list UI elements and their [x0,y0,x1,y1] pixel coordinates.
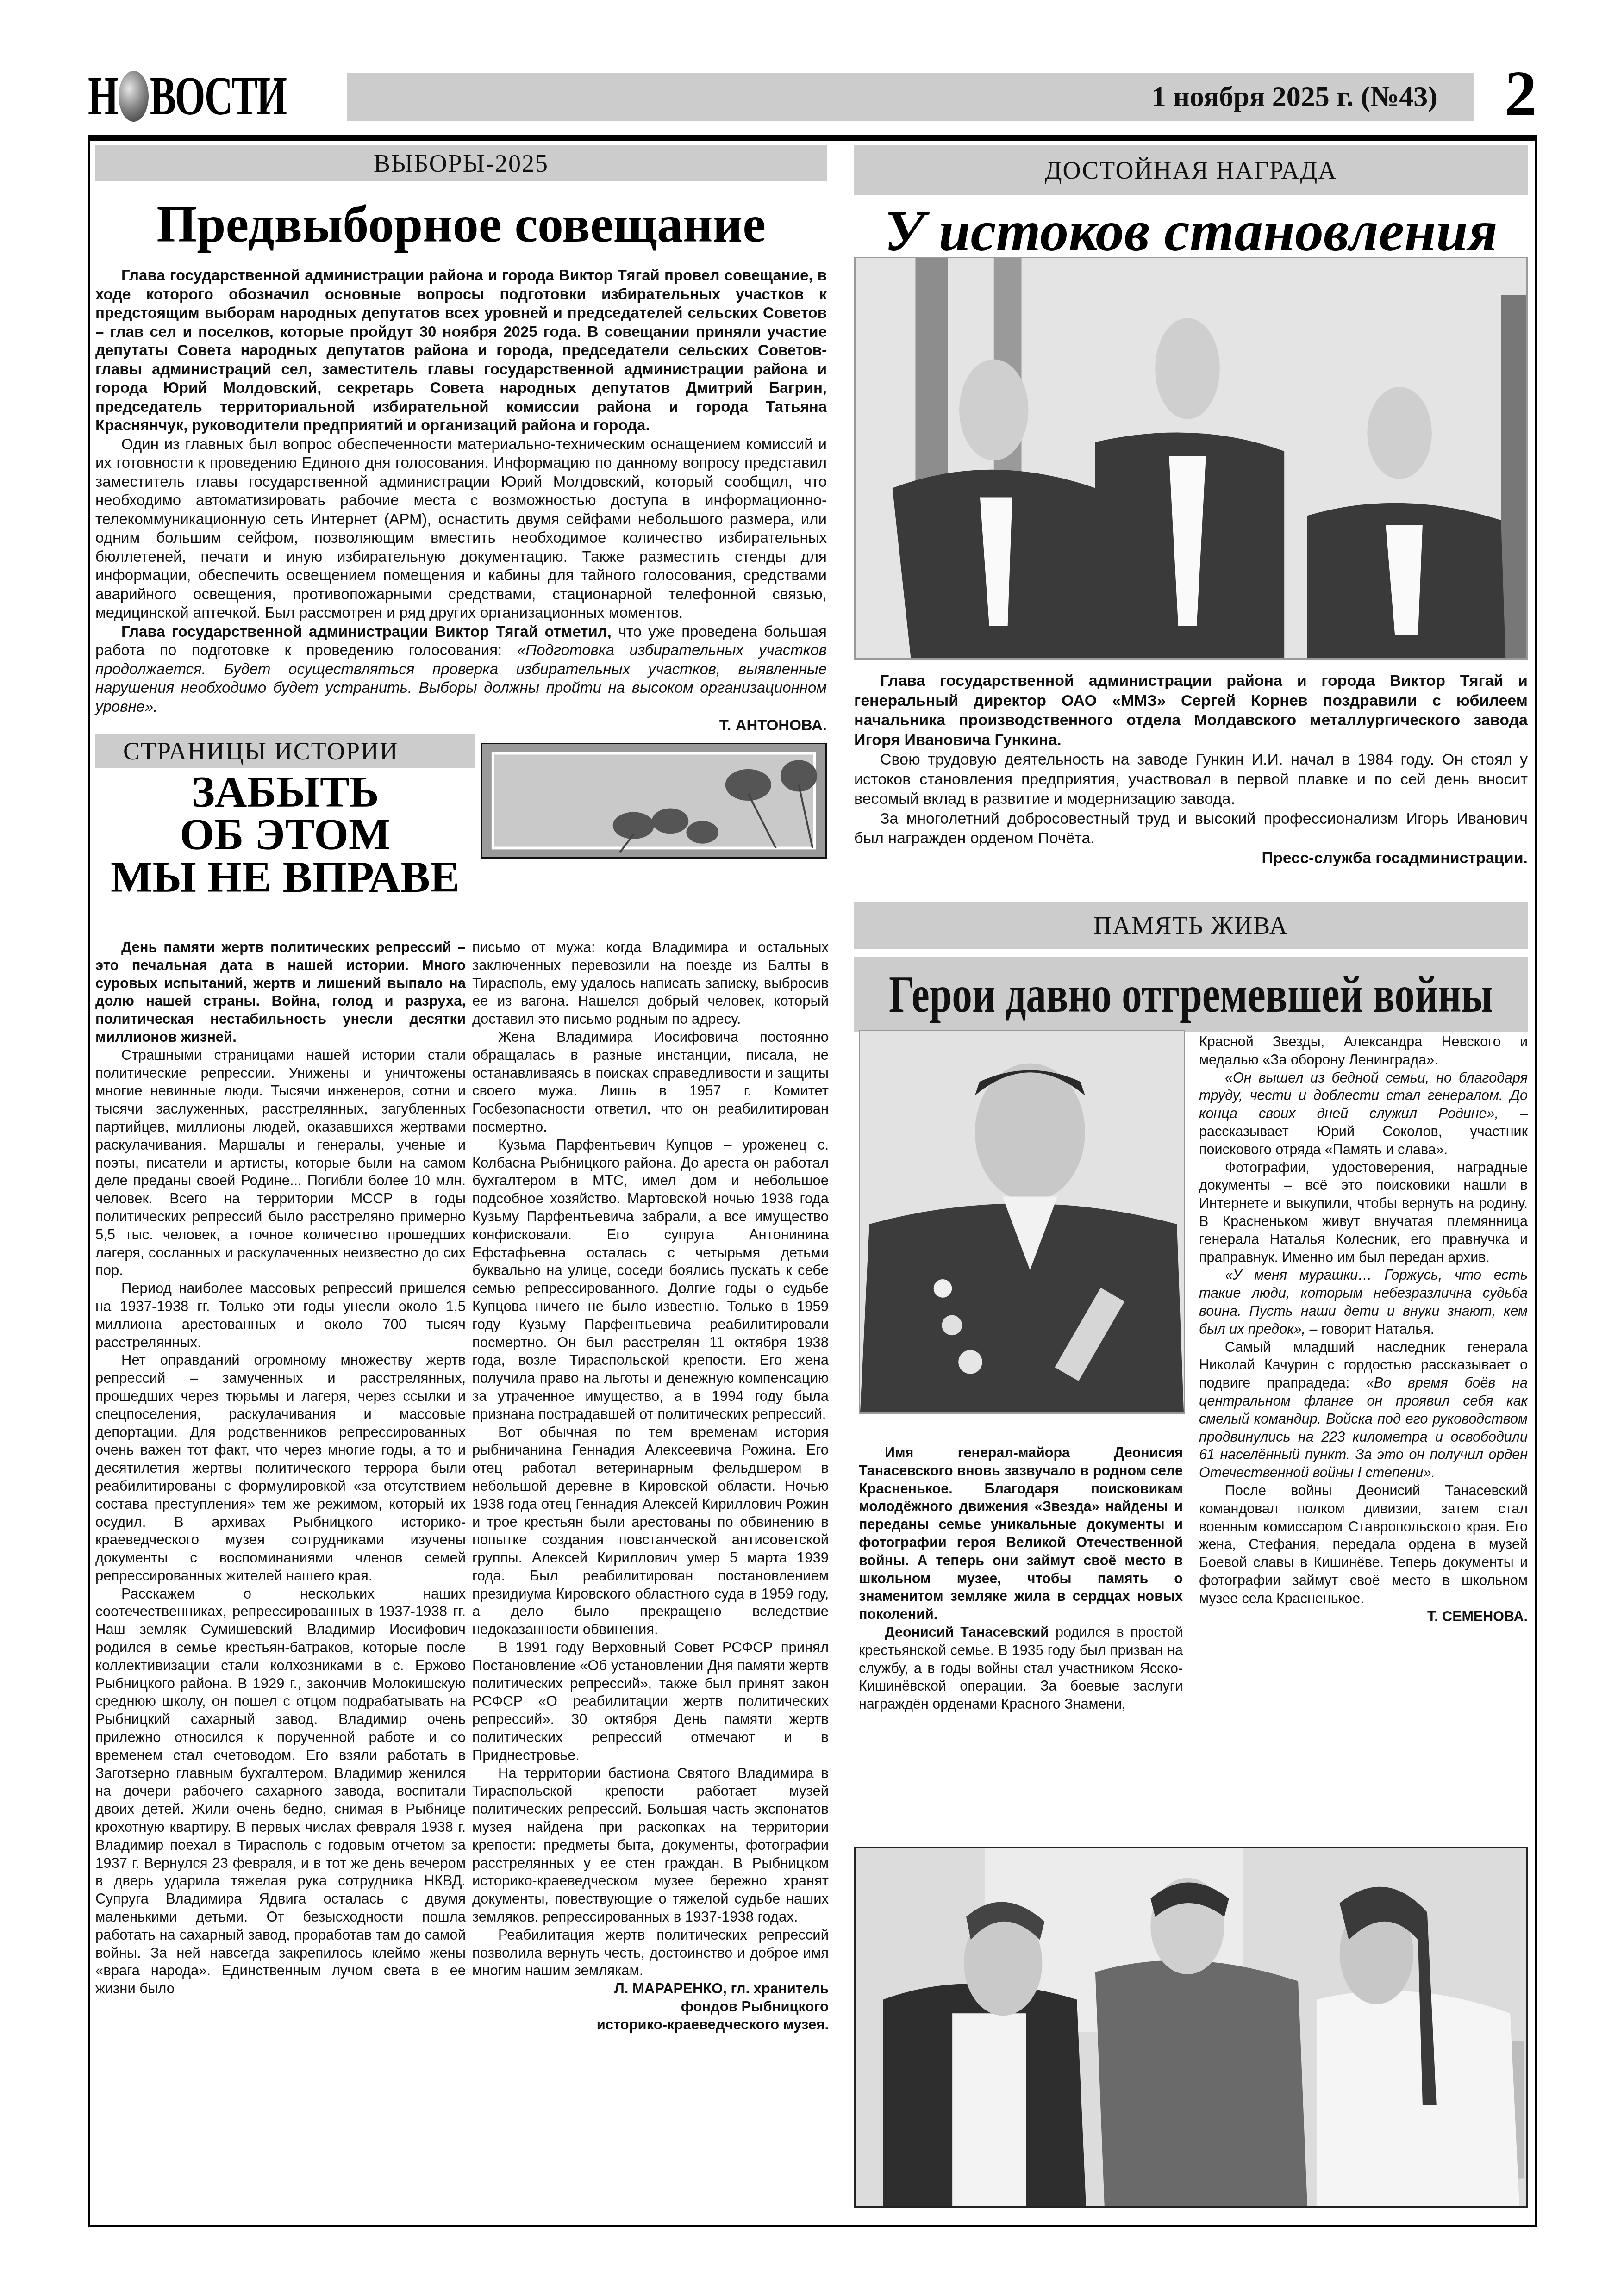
headline-line: ОБ ЭТОМ [95,813,475,856]
body-paragraph: письмо от мужа: когда Владимира и осталь… [472,939,829,1028]
family-image [856,1848,1526,2206]
memory-column-2: Красной Звезды, Александра Невского и ме… [1199,1033,1528,1625]
section-band-elections: ВЫБОРЫ-2025 [95,145,827,181]
memory-column-1: Имя генерал-майора Деонисия Танасевского… [859,1444,1183,1713]
author-signature: Пресс-служба госадминистрации. [854,848,1528,868]
three-men-image [856,258,1526,658]
author-line: фондов Рыбницкого [472,1998,829,2016]
headline-memory: Герои давно отгремевшей войны [889,965,1493,1025]
lead-paragraph: Глава государственной администрации райо… [95,266,827,435]
date-bar: 1 ноября 2025 г. (№43) [347,73,1474,121]
article-body-award: Глава государственной администрации райо… [854,671,1528,868]
body-paragraph: За многолетний добросовестный труд и выс… [854,809,1528,848]
history-column-1: День памяти жертв политических репрессий… [95,939,466,1998]
body-paragraph: Период наиболее массовых репрессий прише… [95,1280,466,1351]
quote-text: «Он вышел из бедной семьи, но благодаря … [1199,1070,1528,1122]
author-line: Л. МАРАРЕНКО, гл. хранитель [472,1980,829,1998]
logo-letter-n: Н [88,65,117,128]
quote-text: «Во время боёв на центральном фланге он … [1199,1375,1528,1481]
photo-family-documents [854,1847,1528,2208]
author-signature: Л. МАРАРЕНКО, гл. хранитель фондов Рыбни… [472,1980,829,2034]
page-number: 2 [1505,56,1537,131]
body-paragraph: Фотографии, удостоверения, наградные док… [1199,1159,1528,1267]
body-paragraph: Глава государственной администрации Викт… [95,622,827,716]
body-paragraph: Реабилитация жертв политических репресси… [472,1926,829,1980]
photo-general [859,1030,1185,1414]
author-line: историко-краеведческого музея. [472,2016,829,2034]
headline-elections: Предвыборное совещание [95,194,827,255]
issue-date: 1 ноября 2025 г. (№43) [1152,81,1437,113]
bold-lead-in: Деонисий Танасевский [885,1624,1049,1640]
body-paragraph: «У меня мурашки… Горжусь, что есть такие… [1199,1266,1528,1338]
body-paragraph: Вот обычная по тем временам история рыбн… [472,1424,829,1639]
lead-paragraph: День памяти жертв политических репрессий… [95,939,466,1046]
body-paragraph: Страшными страницами нашей истории стали… [95,1046,466,1280]
body-paragraph: Красной Звезды, Александра Невского и ме… [1199,1033,1528,1069]
photo-carnations [481,743,827,859]
body-paragraph: После войны Деонисий Танасевский командо… [1199,1482,1528,1608]
author-signature: Т. СЕМЕНОВА. [1199,1608,1528,1626]
masthead: НВОСТИ 1 ноября 2025 г. (№43) 2 [88,69,1537,123]
section-band-history: СТРАНИЦЫ ИСТОРИИ [95,734,475,768]
photo-award-ceremony [854,257,1528,660]
body-paragraph: Самый младший наследник генерала Николай… [1199,1338,1528,1482]
headline-line: ЗАБЫТЬ [95,771,475,813]
body-paragraph: Жена Владимира Иосифовича постоянно обра… [472,1028,829,1136]
lead-paragraph: Имя генерал-майора Деонисия Танасевского… [859,1444,1183,1624]
body-paragraph: Деонисий Танасевский родился в простой к… [859,1624,1183,1713]
section-band-memory: ПАМЯТЬ ЖИВА [854,902,1528,949]
body-paragraph: Нет оправданий огромному множеству жертв… [95,1351,466,1585]
history-column-2: письмо от мужа: когда Владимира и осталь… [472,939,829,2034]
carnations-image [482,744,825,857]
globe-icon [119,71,149,122]
headline-line: МЫ НЕ ВПРАВЕ [95,856,475,898]
logo-rest: ВОСТИ [150,65,286,128]
article-body-elections: Глава государственной администрации райо… [95,266,827,735]
newspaper-logo: НВОСТИ [88,69,286,123]
body-paragraph: Один из главных был вопрос обеспеченност… [95,435,827,622]
author-signature: Т. АНТОНОВА. [95,716,827,735]
lead-paragraph: Глава государственной администрации райо… [854,671,1528,750]
headline-award: У истоков становления [854,199,1528,264]
headline-band-memory: Герои давно отгремевшей войны [854,957,1528,1032]
body-paragraph: Свою трудовую деятельность на заводе Гун… [854,750,1528,809]
body-paragraph: Расскажем о нескольких наших соотечестве… [95,1585,466,1998]
body-paragraph: В 1991 году Верховный Совет РСФСР принял… [472,1639,829,1765]
bold-lead-in: Глава государственной администрации Викт… [121,623,612,640]
general-portrait-image [860,1031,1184,1412]
body-text: – говорит Наталья. [1305,1321,1434,1337]
headline-history: ЗАБЫТЬ ОБ ЭТОМ МЫ НЕ ВПРАВЕ [95,771,475,898]
body-paragraph: Кузьма Парфентьевич Купцов – уроженец с.… [472,1136,829,1424]
body-paragraph: На территории бастиона Святого Владимира… [472,1765,829,1926]
section-band-award: ДОСТОЙНАЯ НАГРАДА [854,145,1528,195]
body-paragraph: «Он вышел из бедной семьи, но благодаря … [1199,1069,1528,1159]
